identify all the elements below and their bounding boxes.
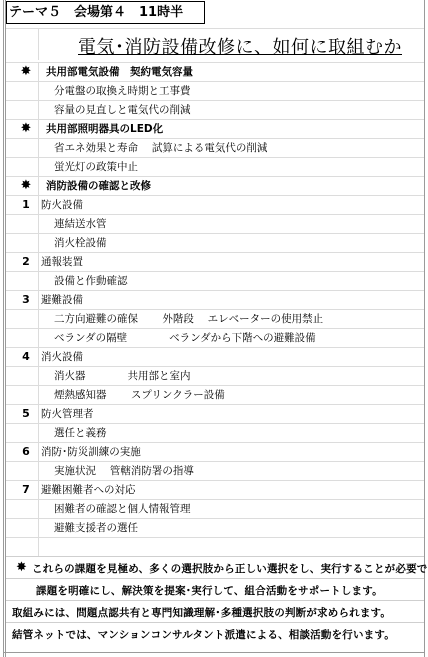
column-separator bbox=[38, 63, 39, 82]
sub-item-text: 実施状況 管轄消防署の指導 bbox=[54, 464, 194, 478]
item-number: 5 bbox=[14, 407, 38, 420]
column-separator bbox=[38, 139, 39, 158]
item-number: 7 bbox=[14, 483, 38, 496]
agenda-row: 二方向避難の確保 外階段 エレベーターの使用禁止 bbox=[6, 309, 424, 328]
sheet-bottom-border bbox=[3, 652, 425, 653]
agenda-row: 消火器 共用部と室内 bbox=[6, 366, 424, 385]
footer-note-row: 結管ネットでは、マンションコンサルタント派遣による、相談活動を行います。 bbox=[6, 622, 424, 644]
agenda-row: 5防火管理者 bbox=[6, 404, 424, 423]
column-separator bbox=[38, 101, 39, 120]
agenda-row: ベランダの隔壁 ベランダから下階への避難設備 bbox=[6, 328, 424, 347]
item-number: 4 bbox=[14, 350, 38, 363]
sub-item-text: 困難者の確認と個人情報管理 bbox=[54, 502, 191, 516]
column-separator bbox=[38, 272, 39, 291]
column-separator bbox=[38, 538, 39, 557]
agenda-row: 困難者の確認と個人情報管理 bbox=[6, 499, 424, 518]
item-text: 防火設備 bbox=[41, 198, 83, 212]
footer-note-row: 取組みには、問題点認共有と専門知識理解･多種選択肢の判断が求められます。 bbox=[6, 600, 424, 622]
item-number: 1 bbox=[14, 198, 38, 211]
agenda-row: 容量の見直しと電気代の削減 bbox=[6, 100, 424, 119]
agenda-row: ✸消防設備の確認と改修 bbox=[6, 176, 424, 195]
sheet-left-border bbox=[3, 0, 4, 657]
item-number: 2 bbox=[14, 255, 38, 268]
item-text: 通報装置 bbox=[41, 255, 83, 269]
star-bullet-icon: ✸ bbox=[14, 121, 38, 136]
item-number: 3 bbox=[14, 293, 38, 306]
section-heading: 共用部照明器具のLED化 bbox=[46, 122, 163, 136]
column-separator bbox=[38, 424, 39, 443]
agenda-row: 3避難設備 bbox=[6, 290, 424, 309]
column-separator bbox=[38, 234, 39, 253]
sub-item-text: 煙熱感知器 スプリンクラー設備 bbox=[54, 388, 225, 402]
agenda-row: 実施状況 管轄消防署の指導 bbox=[6, 461, 424, 480]
column-separator bbox=[38, 177, 39, 196]
column-separator bbox=[38, 462, 39, 481]
item-text: 避難困難者への対応 bbox=[41, 483, 136, 497]
column-separator bbox=[38, 500, 39, 519]
column-separator bbox=[38, 443, 39, 462]
footer-note-row: ✸これらの課題を見極め、多くの選択肢から正しい選択をし、実行することが必要です。 bbox=[6, 556, 424, 578]
star-bullet-icon: ✸ bbox=[14, 64, 38, 79]
footer-note-text: これらの課題を見極め、多くの選択肢から正しい選択をし、実行することが必要です。 bbox=[32, 561, 428, 576]
agenda-row: 避難支援者の選任 bbox=[6, 518, 424, 537]
footer-note-text: 取組みには、問題点認共有と専門知識理解･多種選択肢の判断が求められます。 bbox=[12, 605, 391, 620]
column-separator bbox=[38, 386, 39, 405]
agenda-row: 6消防･防災訓練の実施 bbox=[6, 442, 424, 461]
agenda-row bbox=[6, 537, 424, 556]
column-separator bbox=[38, 291, 39, 310]
sub-item-text: 連結送水管 bbox=[54, 217, 107, 231]
document-sheet: テーマ５ 会場第４ 11時半 電気･消防設備改修に、如何に取組むか ✸共用部電気… bbox=[0, 0, 428, 657]
agenda-row: 選任と義務 bbox=[6, 423, 424, 442]
item-number: 6 bbox=[14, 445, 38, 458]
agenda-row: 2通報装置 bbox=[6, 252, 424, 271]
sub-item-text: 消火栓設備 bbox=[54, 236, 107, 250]
sub-item-text: 容量の見直しと電気代の削減 bbox=[54, 103, 191, 117]
sub-item-text: 消火器 共用部と室内 bbox=[54, 369, 191, 383]
section-heading: 共用部電気設備 契約電気容量 bbox=[46, 65, 193, 79]
agenda-row: 連結送水管 bbox=[6, 214, 424, 233]
column-separator bbox=[38, 519, 39, 538]
session-label: テーマ５ 会場第４ 11時半 bbox=[6, 1, 205, 24]
column-separator bbox=[38, 253, 39, 272]
sub-item-text: 蛍光灯の政策中止 bbox=[54, 160, 138, 174]
agenda-row: 省エネ効果と寿命 試算による電気代の削減 bbox=[6, 138, 424, 157]
footer-note-text: 課題を明確にし、解決策を提案･実行して、組合活動をサポートします。 bbox=[36, 583, 383, 598]
agenda-row: ✸共用部照明器具のLED化 bbox=[6, 119, 424, 138]
agenda-row: 4消火設備 bbox=[6, 347, 424, 366]
column-separator bbox=[38, 310, 39, 329]
item-text: 消防･防災訓練の実施 bbox=[41, 445, 141, 459]
item-text: 消火設備 bbox=[41, 350, 83, 364]
column-separator bbox=[38, 120, 39, 139]
star-bullet-icon: ✸ bbox=[16, 560, 27, 575]
sub-item-text: 避難支援者の選任 bbox=[54, 521, 138, 535]
star-bullet-icon: ✸ bbox=[14, 178, 38, 193]
page-title: 電気･消防設備改修に、如何に取組むか bbox=[78, 33, 402, 59]
item-text: 防火管理者 bbox=[41, 407, 94, 421]
item-text: 避難設備 bbox=[41, 293, 83, 307]
column-separator bbox=[38, 158, 39, 177]
agenda-row: 蛍光灯の政策中止 bbox=[6, 157, 424, 176]
sub-item-text: 分電盤の取換え時期と工事費 bbox=[54, 84, 191, 98]
column-separator bbox=[38, 481, 39, 500]
section-heading: 消防設備の確認と改修 bbox=[46, 179, 151, 193]
agenda-row: 煙熱感知器 スプリンクラー設備 bbox=[6, 385, 424, 404]
agenda-row: 1防火設備 bbox=[6, 195, 424, 214]
sub-item-text: 選任と義務 bbox=[54, 426, 107, 440]
footer-note-text: 結管ネットでは、マンションコンサルタント派遣による、相談活動を行います。 bbox=[12, 627, 395, 642]
agenda-row: ✸共用部電気設備 契約電気容量 bbox=[6, 62, 424, 81]
column-separator bbox=[38, 215, 39, 234]
sub-item-text: 省エネ効果と寿命 試算による電気代の削減 bbox=[54, 141, 267, 155]
column-separator bbox=[38, 405, 39, 424]
column-separator bbox=[38, 348, 39, 367]
sub-item-text: 二方向避難の確保 外階段 エレベーターの使用禁止 bbox=[54, 312, 323, 326]
sub-item-text: 設備と作動確認 bbox=[54, 274, 128, 288]
agenda-row: 7避難困難者への対応 bbox=[6, 480, 424, 499]
agenda-row: 分電盤の取換え時期と工事費 bbox=[6, 81, 424, 100]
column-separator bbox=[38, 367, 39, 386]
sheet-right-border bbox=[424, 0, 425, 657]
column-separator bbox=[38, 329, 39, 348]
footer-note-row: 課題を明確にし、解決策を提案･実行して、組合活動をサポートします。 bbox=[6, 578, 424, 600]
column-separator bbox=[38, 82, 39, 101]
column-separator bbox=[38, 28, 39, 60]
column-separator bbox=[38, 196, 39, 215]
agenda-row: 消火栓設備 bbox=[6, 233, 424, 252]
agenda-row: 設備と作動確認 bbox=[6, 271, 424, 290]
sub-item-text: ベランダの隔壁 ベランダから下階への避難設備 bbox=[54, 331, 316, 345]
